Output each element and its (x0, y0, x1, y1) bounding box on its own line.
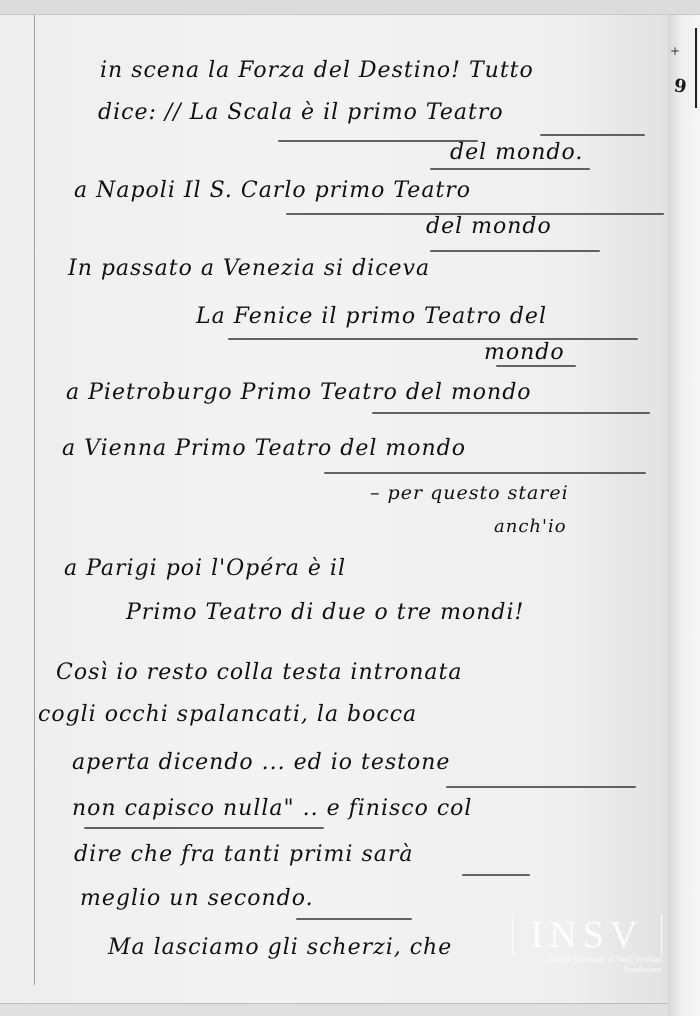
handwritten-line: del mondo. (450, 140, 583, 165)
handwritten-line: In passato a Venezia si diceva (68, 256, 430, 281)
handwritten-line: anch'io (494, 516, 567, 537)
handwritten-line: mondo (484, 340, 565, 365)
handwritten-line: – per questo starei (370, 482, 569, 504)
handwritten-line: a Pietroburgo Primo Teatro del mondo (66, 380, 532, 405)
scan-bottom-border (0, 1003, 668, 1016)
underline (496, 365, 576, 367)
underline (296, 918, 412, 920)
underline (84, 827, 324, 829)
underline (430, 250, 600, 252)
insv-watermark: INSV Istituto Nazionale di Studi Verdian… (512, 915, 662, 975)
underline (430, 168, 590, 170)
underline (324, 472, 646, 474)
handwritten-line: in scena la Forza del Destino! Tutto (100, 58, 534, 83)
handwritten-line: non capisco nulla" .. e finisco col (72, 796, 472, 821)
page-edge-shadow (695, 28, 697, 108)
handwritten-line: dice: // La Scala è il primo Teatro (98, 100, 504, 125)
underline (462, 874, 530, 876)
handwritten-line: a Napoli Il S. Carlo primo Teatro (74, 178, 471, 203)
handwritten-line: meglio un secondo. (80, 886, 314, 911)
handwritten-line: La Fenice il primo Teatro del (196, 304, 547, 329)
underline (446, 786, 636, 788)
handwritten-line: Così io resto colla testa intronata (56, 660, 462, 685)
handwritten-line: dire che fra tanti primi sarà (74, 842, 413, 867)
handwritten-line: a Vienna Primo Teatro del mondo (62, 436, 466, 461)
watermark-subtitle: Fondazione (512, 965, 662, 975)
scan-top-border (0, 0, 700, 15)
underline (540, 134, 645, 136)
underline (228, 338, 638, 340)
page-right-edge (668, 15, 700, 1016)
underline (278, 140, 478, 142)
watermark-institution: Istituto Nazionale di Studi Verdiani (512, 955, 662, 965)
margin-mark: + (670, 44, 680, 58)
handwritten-line: Primo Teatro di due o tre mondi! (126, 600, 524, 625)
underline (372, 412, 650, 414)
handwritten-line: del mondo (426, 214, 552, 239)
handwritten-line: cogli occhi spalancati, la bocca (38, 702, 417, 727)
margin-rule (34, 15, 35, 985)
handwritten-line: a Parigi poi l'Opéra è il (64, 556, 346, 581)
handwritten-line: Ma lasciamo gli scherzi, che (108, 935, 452, 960)
handwritten-line: aperta dicendo ... ed io testone (72, 750, 450, 775)
watermark-logo: INSV (512, 915, 662, 955)
